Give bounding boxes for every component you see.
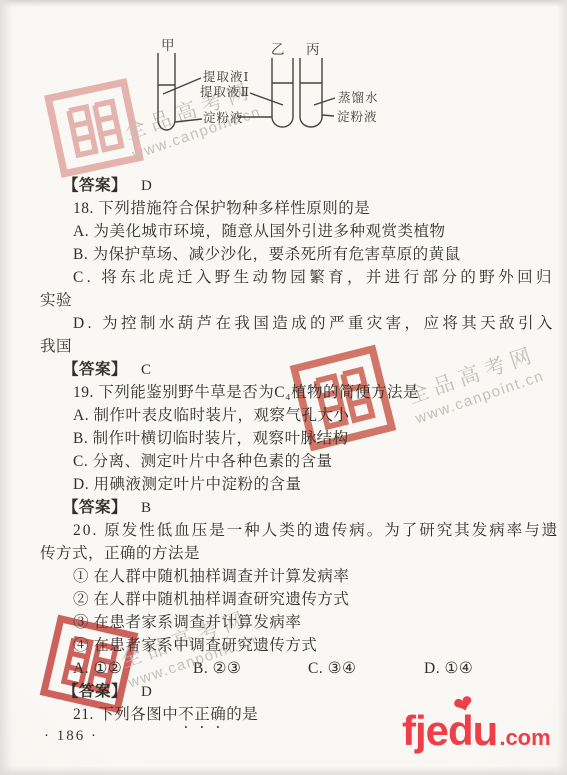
question-18-option-c: C. 将东北虎迁入野生动物园繁育，并进行部分的野外回归	[40, 266, 540, 289]
question-20-item-1: ① 在人群中随机抽样调查并计算发病率	[40, 565, 540, 588]
exam-page-scan: 全品高考网 www.canpoint.cn 全品高考网 www.canpoint…	[0, 0, 567, 775]
answer-value: D	[141, 684, 152, 700]
question-18-option-a: A. 为美化城市环境，随意从国外引进多种观赏类植物	[40, 220, 540, 243]
question-21-suffix: 的是	[226, 706, 258, 723]
tube-yi	[272, 58, 293, 127]
scan-edge-bottom	[0, 766, 567, 775]
question-21-prefix: 21. 下列各图中	[73, 706, 178, 723]
fjedu-logo: ❤fjedu.com	[402, 703, 551, 759]
question-20-item-4: ④ 在患者家系中调查研究遗传方式	[40, 634, 540, 657]
question-text-column: 【答案】D 18. 下列措施符合保护物种多样性原则的是 A. 为美化城市环境，随…	[40, 174, 540, 726]
question-19-option-a: A. 制作叶表皮临时装片，观察气孔大小	[40, 404, 540, 427]
tube-jia	[158, 53, 175, 130]
tube-yi-label: 乙	[271, 42, 285, 57]
question-18-option-c-wrap: 实验	[40, 289, 540, 312]
question-19-option-d: D. 用碘液测定叶片中淀粉的含量	[40, 473, 540, 496]
question-19-option-c: C. 分离、测定叶片中各种色素的含量	[40, 450, 540, 473]
choice-c: C. ③④	[308, 657, 424, 680]
callout-distilled-water: 蒸馏水	[338, 90, 379, 105]
answer-label: 【答案】	[63, 361, 127, 378]
question-21-emphasis: 不正确	[178, 706, 226, 723]
answer-value: B	[141, 500, 152, 516]
callout-extract2: 提取液Ⅱ	[200, 84, 250, 99]
question-20-stem-line1: 20. 原发性低血压是一种人类的遗传病。为了研究其发病率与遗	[40, 519, 540, 542]
callout-starch-left: 淀粉液	[203, 110, 244, 125]
question-20-choices: A. ①② B. ②③ C. ③④ D. ①④	[40, 657, 540, 680]
answer-label: 【答案】	[63, 499, 127, 516]
tube-bing-label: 丙	[306, 42, 320, 57]
question-19-stem: 19. 下列能鉴别野牛草是否为C₄植物的简便方法是	[40, 381, 540, 404]
answer-label: 【答案】	[63, 177, 127, 194]
logo-wordmark: ❤fjedu	[402, 703, 497, 759]
answer-label: 【答案】	[63, 683, 127, 700]
question-20-item-3: ③ 在患者家系调查并计算发病率	[40, 611, 540, 634]
question-19-option-b: B. 制作叶横切临时装片，观察叶脉结构	[40, 427, 540, 450]
answer-line-17: 【答案】D	[40, 174, 540, 197]
scan-edge-right	[557, 0, 567, 775]
scan-edge-left	[0, 0, 12, 775]
logo-tld: .com	[499, 725, 550, 751]
answer-line-19: 【答案】B	[40, 496, 540, 519]
answer-value: D	[141, 178, 152, 194]
question-20-stem-line2: 传方式，正确的方法是	[40, 542, 540, 565]
answer-value: C	[141, 362, 152, 378]
question-18-option-d-wrap: 我国	[40, 335, 540, 358]
question-18-option-d: D. 为控制水葫芦在我国造成的严重灾害，应将其天敌引入	[40, 312, 540, 335]
test-tube-diagram: 甲 乙 丙 提取液Ⅰ 提取液Ⅱ 淀粉液 蒸馏水 淀粉液	[138, 30, 388, 138]
tube-bing	[300, 58, 322, 127]
callout-starch-right: 淀粉液	[337, 109, 378, 124]
page-number: · 186 ·	[44, 728, 98, 745]
callout-extract1: 提取液Ⅰ	[203, 69, 249, 84]
question-18-stem: 18. 下列措施符合保护物种多样性原则的是	[40, 197, 540, 220]
choice-b: B. ②③	[193, 657, 308, 680]
question-18-option-b: B. 为保护草场、减少沙化，要杀死所有危害草原的黄鼠	[40, 243, 540, 266]
choice-d: D. ①④	[424, 657, 473, 680]
answer-line-18: 【答案】C	[40, 358, 540, 381]
scan-edge-top	[0, 0, 567, 7]
question-20-item-2: ② 在人群中随机抽样调查研究遗传方式	[40, 588, 540, 611]
logo-text: fjedu	[402, 707, 497, 754]
tube-jia-label: 甲	[161, 38, 175, 53]
choice-a: A. ①②	[73, 657, 193, 680]
